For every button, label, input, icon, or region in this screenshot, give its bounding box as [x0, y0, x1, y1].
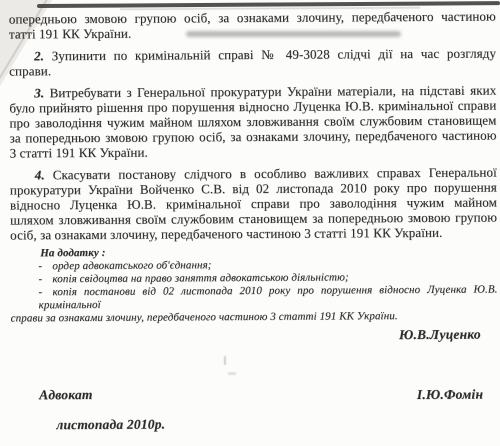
paragraph-2-line-1: 2. Зупинити по кримінальній справі № 49-… [9, 45, 496, 63]
paragraph-2-text: Зупинити по кримінальній справі № 49-302… [52, 45, 496, 63]
signature-date-line: листопада 2010р. [56, 417, 165, 434]
paragraph-3-number: 3. [34, 85, 44, 100]
paragraph-3-line-4: за попередньою змовою групою осіб, за оз… [10, 127, 497, 145]
page-content-tilt-wrapper: опередньою змовою групою осіб, за ознака… [0, 0, 500, 446]
dash-bullet: - [38, 286, 52, 299]
attachment-item-2-text: копія свідоцтва на право заняття адвокат… [52, 271, 348, 285]
dash-bullet: - [38, 273, 52, 286]
attachment-item-3-line-2: справи за ознаками злочину, передбаченог… [11, 309, 498, 325]
attachment-item-1-text: ордер адвокатського об'єднання; [52, 259, 211, 272]
attachment-item-3-text: копія постанови від 02 листопада 2010 ро… [39, 283, 498, 311]
scanned-document-page: опередньою змовою групою осіб, за ознака… [0, 0, 500, 446]
signature-party-name: Ю.В.Луценко [399, 327, 481, 343]
paragraph-1-line-1: опередньою змовою групою осіб, за ознака… [9, 8, 496, 26]
paragraph-3-line-5: 3 статті 191 КК України. [10, 142, 497, 160]
document-body: опередньою змовою групою осіб, за ознака… [9, 8, 498, 325]
signature-advocate-name: І.Ю.Фомін [417, 387, 483, 403]
attachments-section: На додатку : -ордер адвокатського об'єдн… [10, 244, 497, 325]
paragraph-2-number: 2. [34, 48, 44, 63]
dash-bullet: - [38, 260, 52, 273]
signature-advocate-label: Адвокат [39, 387, 93, 403]
paragraph-4-number: 4. [35, 167, 45, 182]
paragraph-1-line-2: татті 191 КК України. [9, 23, 496, 41]
paragraph-4-line-5: осіб, за ознаками злочину, передбаченого… [10, 224, 497, 242]
attachment-item-3-line-1: -копія постанови від 02 листопада 2010 р… [10, 283, 497, 312]
paragraph-2-line-2: справи. [9, 60, 496, 78]
